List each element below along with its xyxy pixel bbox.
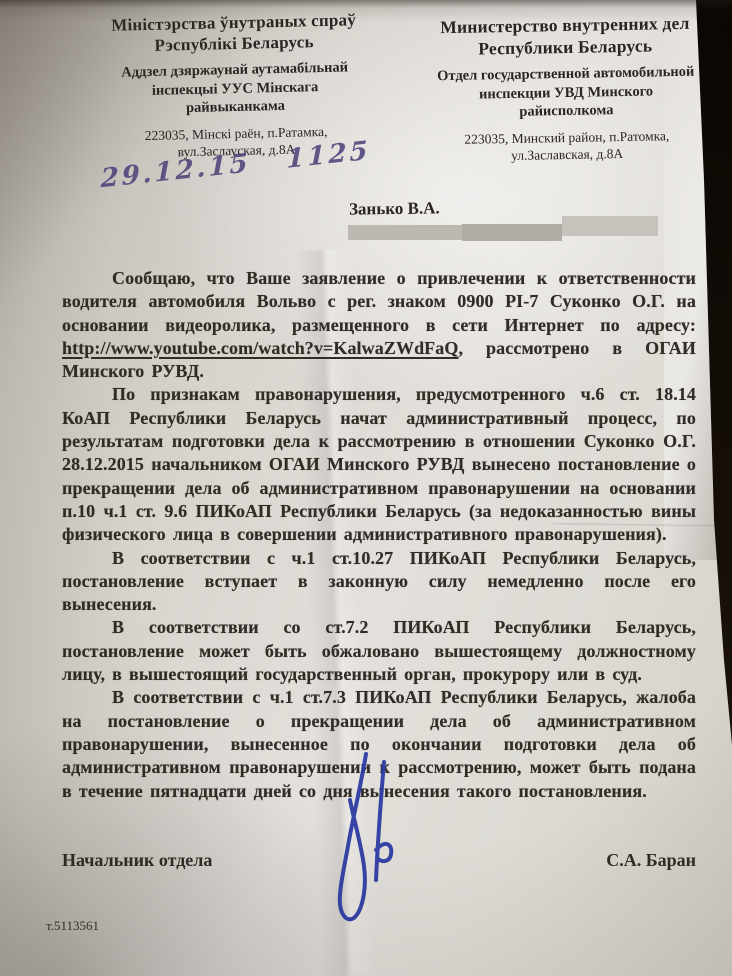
youtube-url-text: http://www.youtube.com/watch?v=KalwaZWdF… <box>62 338 458 358</box>
org-address-right: 223035, Минский район, п.Ратомка, ул.Зас… <box>405 126 730 166</box>
org-name-right: Министерство внутренних дел Республики Б… <box>403 11 728 61</box>
body-paragraph-2: По признакам правонарушения, предусмотре… <box>62 383 696 546</box>
redaction-bar <box>348 225 462 240</box>
photo-background: Міністэрства ўнутраных спраў Рэспублікі … <box>0 0 732 976</box>
pen-signature-ink <box>322 750 406 925</box>
paragraph-text: Сообщаю, что Ваше заявление о привлечени… <box>62 268 696 335</box>
org-department-right: Отдел государственной автомобильной инсп… <box>404 62 729 123</box>
signer-name: С.А. Баран <box>520 850 696 871</box>
redaction-bar <box>462 224 562 241</box>
letterhead-right: Министерство внутренних дел Республики Б… <box>403 11 730 165</box>
redaction-bar <box>562 216 658 236</box>
body-paragraph-3: В соответствии с ч.1 ст.10.27 ПИКоАП Рес… <box>62 547 696 617</box>
body-paragraph-4: В соответствии со ст.7.2 ПИКоАП Республи… <box>62 616 696 686</box>
body-paragraph-1: Сообщаю, что Ваше заявление о привлечени… <box>62 267 696 383</box>
org-department-left: Аддзел дзяржаунай аутамабільнай інспекцы… <box>67 57 402 120</box>
signer-position-title: Начальник отдела <box>62 850 212 871</box>
addressee-name: Занько В.А. <box>349 198 440 219</box>
paper-sheet: Міністэрства ўнутраных спраў Рэспублікі … <box>0 0 732 976</box>
org-name-left: Міністэрства ўнутраных спраў Рэспублікі … <box>66 8 401 58</box>
letter-body: Сообщаю, что Ваше заявление о привлечени… <box>62 267 696 803</box>
phone-number: т.5113561 <box>46 918 99 934</box>
